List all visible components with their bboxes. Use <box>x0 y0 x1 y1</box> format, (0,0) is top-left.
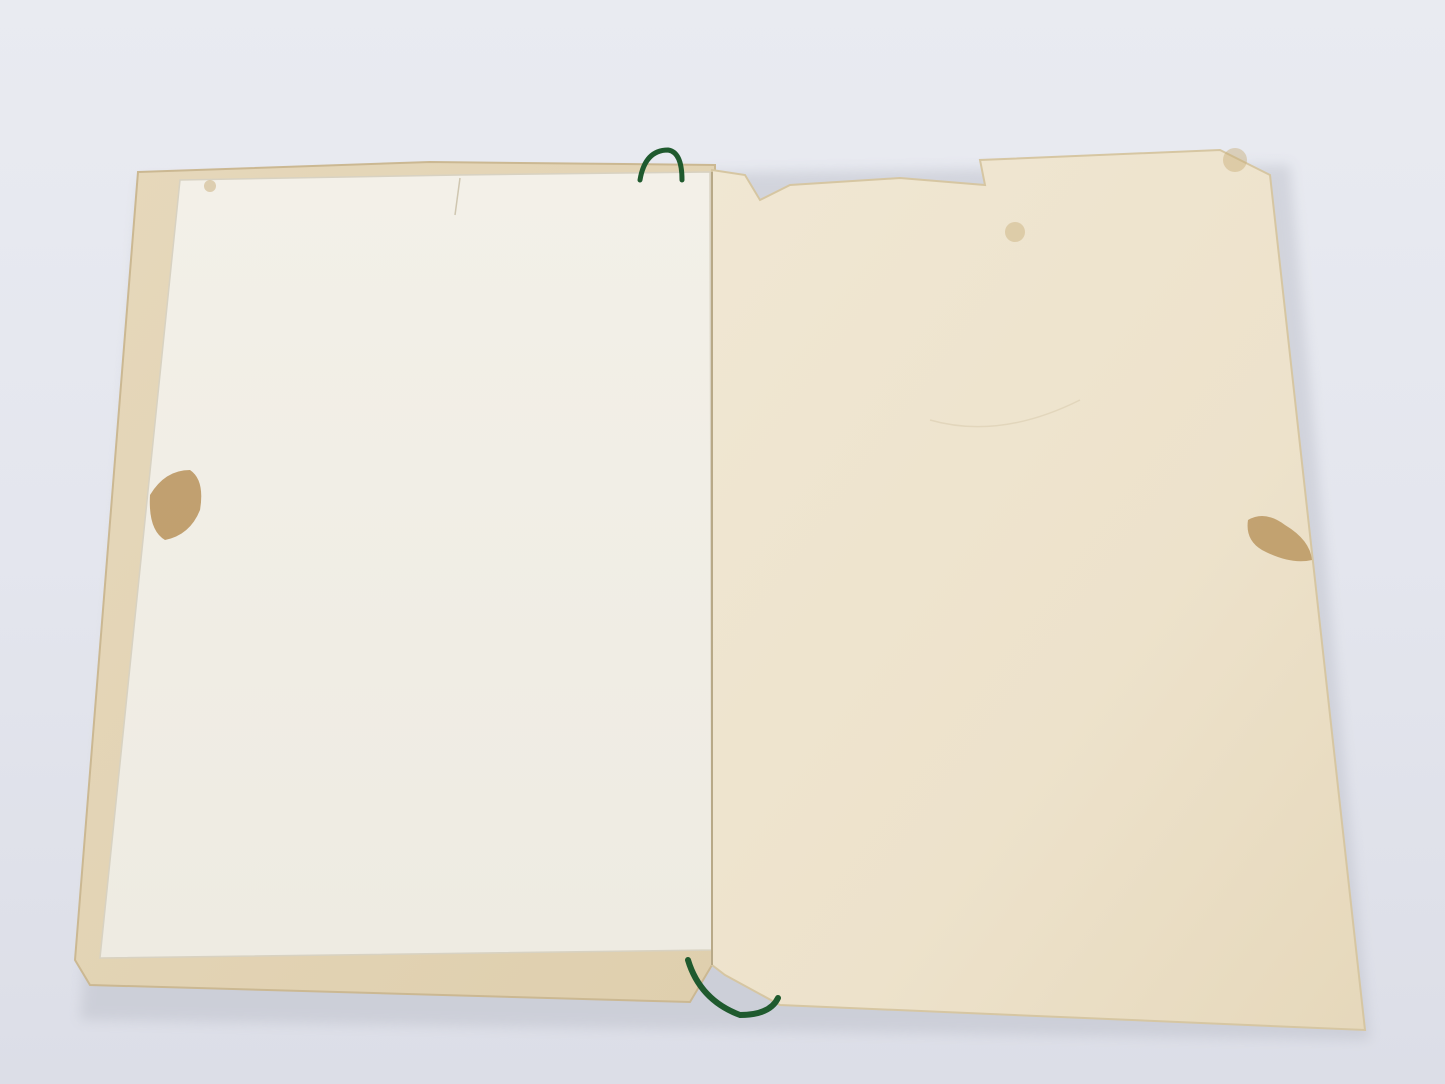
right-cover <box>712 150 1365 1030</box>
spot <box>1005 222 1025 242</box>
spot <box>1223 148 1247 172</box>
spot <box>204 180 216 192</box>
inner-page <box>100 172 712 958</box>
booklet-illustration <box>0 0 1445 1084</box>
photo-scene <box>0 0 1445 1084</box>
